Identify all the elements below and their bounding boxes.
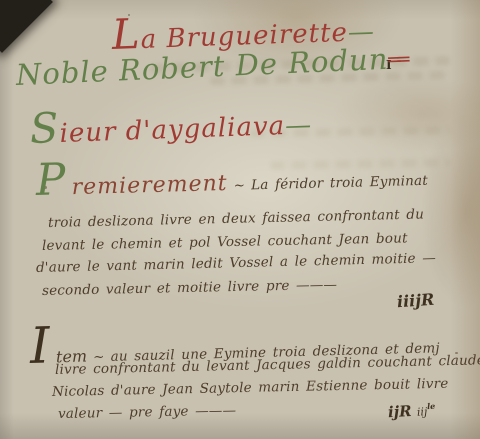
entry1-line-5: secondo valeur et moitie livre pre ——— — [42, 277, 338, 299]
owner-end-marks: ══ — [388, 47, 407, 72]
entry1-initial: P — [36, 165, 66, 197]
title-initial: L — [111, 9, 141, 59]
entry1-line-2: troia deslizona livre en deux faissea co… — [48, 206, 424, 231]
entry1-lead-word: remierement — [71, 171, 227, 200]
table-corner-shadow — [0, 0, 53, 53]
manuscript-page-photo: I La Brugueirette— Noble Robert De Rodun… — [0, 0, 480, 439]
entry2-line-3: Nicolas d'aure Jean Saytole marin Estien… — [52, 376, 449, 400]
entry2-amount-sup: le — [427, 401, 436, 411]
sieur-line: Sieur d'aygaliava— — [29, 102, 309, 150]
owner-name-text: Noble Robert De Rodun — [15, 42, 389, 92]
entry1-amount: iiijR — [396, 290, 435, 312]
entry2-initial: I — [30, 329, 51, 362]
entry1-lead-line: Premierement ~ La féridor troia Eyminat — [36, 156, 429, 201]
entry1-line-1: La féridor troia Eyminat — [251, 173, 428, 194]
sieur-placename: d'aygaliava — [125, 111, 285, 147]
entry1-line-3: levant le chemin et pol Vossel couchant … — [42, 230, 408, 254]
entry2-amount-main: ijR — [388, 402, 413, 421]
sieur-flourish-dash: — — [285, 110, 310, 141]
entry2-line-4: valeur — pre faye ——— — [58, 403, 237, 422]
entry1-line-4: d'aure le vant marin ledit Vossel a le c… — [36, 250, 436, 276]
sieur-text: ieur — [59, 117, 117, 149]
entry2-amount: ijR iijle — [388, 401, 436, 421]
entry1-separator: ~ — [233, 178, 245, 194]
sieur-initial: S — [29, 103, 60, 153]
